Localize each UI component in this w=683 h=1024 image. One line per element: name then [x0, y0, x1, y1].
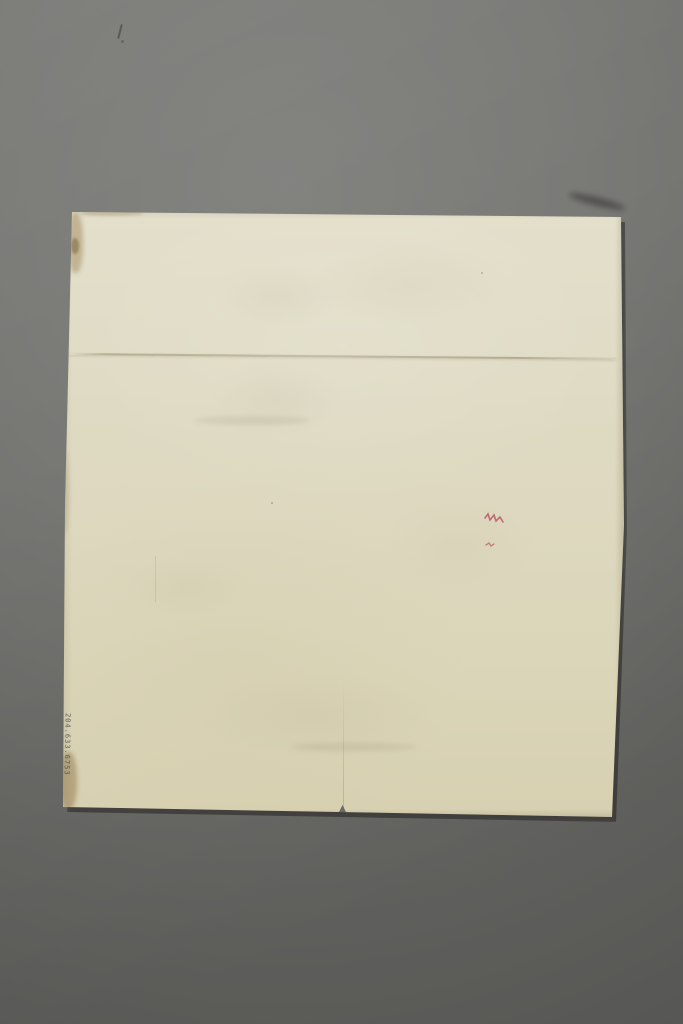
red-ink-marks [478, 508, 512, 556]
showthrough-smudge [211, 264, 341, 329]
red-ink-small-mark [486, 543, 494, 546]
showthrough-smudge [291, 743, 416, 751]
shelfmark-inscription: 204.633.6753 [62, 713, 71, 795]
showthrough-smudge [195, 416, 310, 425]
red-ink-squiggle [485, 514, 503, 522]
showthrough-smudge [155, 556, 156, 602]
dust-speck [481, 272, 483, 274]
document-verso-leaf: 204.633.6753 [63, 212, 624, 818]
dust-speck [271, 502, 273, 504]
horizontal-fold-crease [68, 353, 616, 359]
backdrop-speck [121, 40, 124, 43]
left-edge-stain-top-dark [71, 238, 79, 254]
photograph-stage: 204.633.6753 [0, 0, 683, 1024]
